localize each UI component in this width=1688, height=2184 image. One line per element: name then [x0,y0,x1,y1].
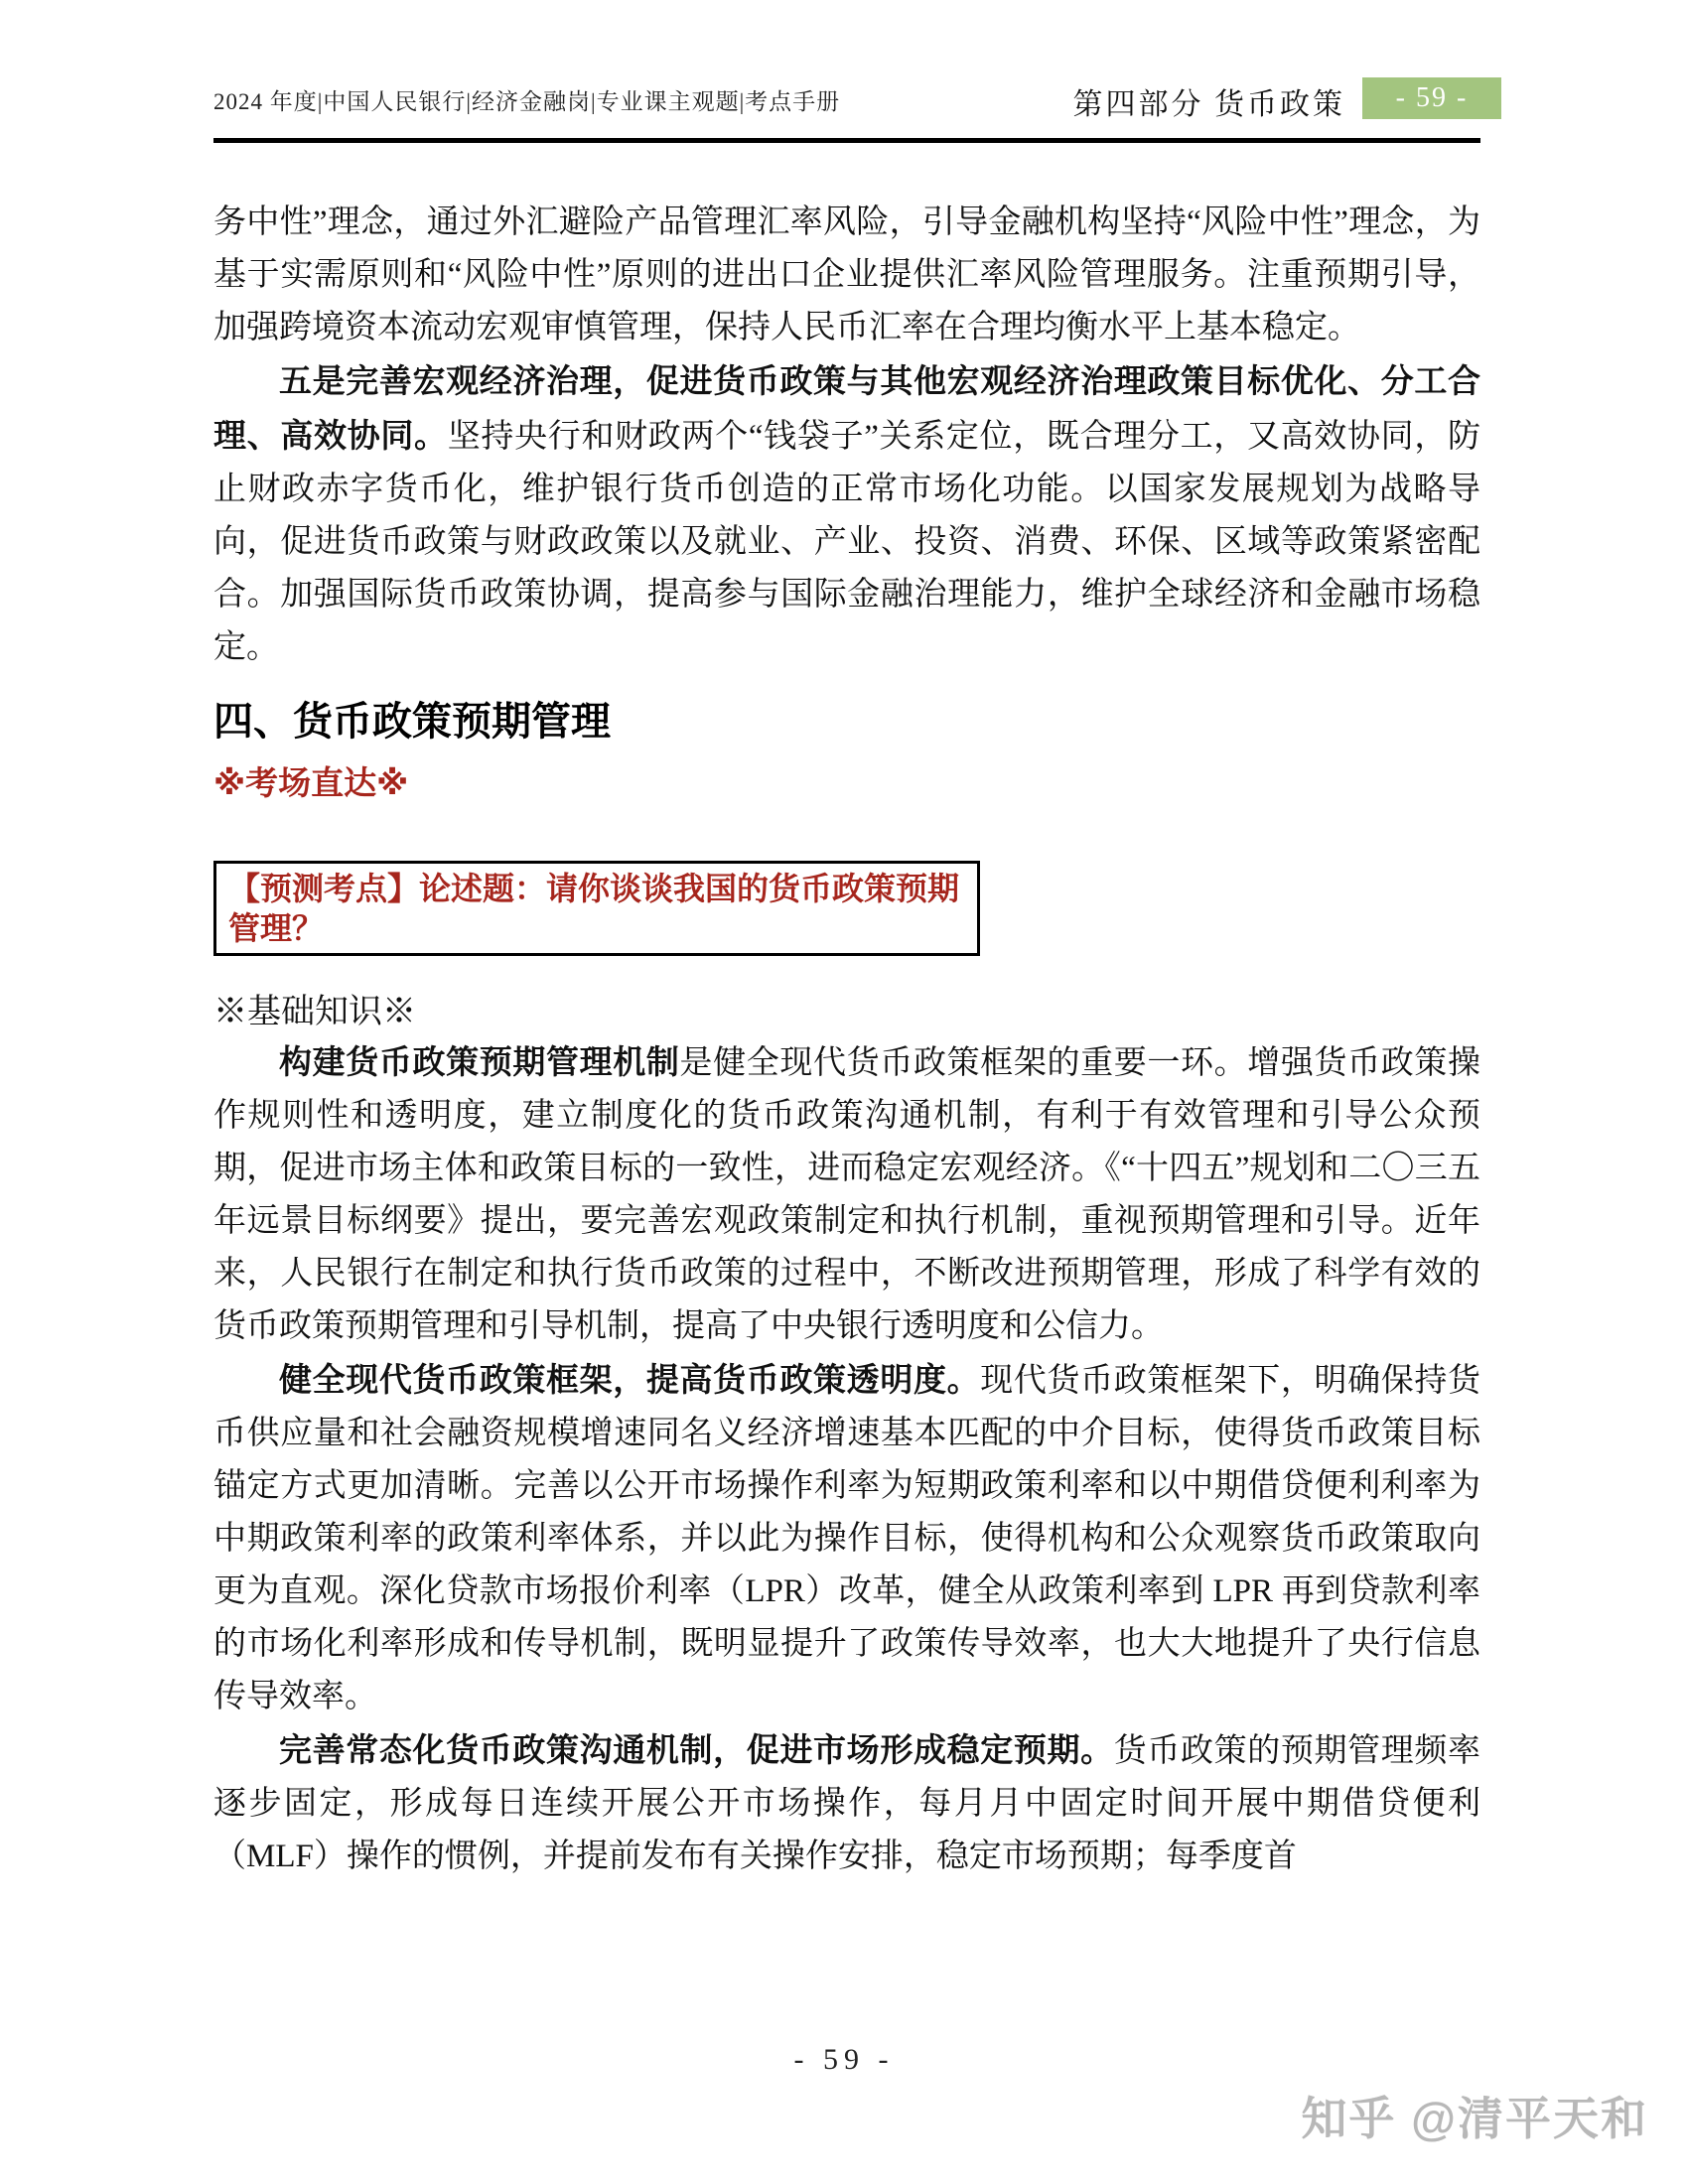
paragraph-lead: 健全现代货币政策框架，提高货币政策透明度。 [279,1361,980,1398]
paragraph-lead: 构建货币政策预期管理机制 [279,1043,680,1080]
paragraph: 构建货币政策预期管理机制是健全现代货币政策框架的重要一环。增强货币政策操作规则性… [213,1035,1480,1353]
header-rule [213,138,1480,143]
paragraph-text: 现代货币政策框架下，明确保持货币供应量和社会融资规模增速同名义经济增速基本匹配的… [213,1363,1480,1714]
header-booklet-title: 2024 年度|中国人民银行|经济金融岗|专业课主观题|考点手册 [213,83,840,116]
watermark: 知乎 @清平天和 [1301,2083,1648,2148]
footer-page-number: - 59 - [794,2043,895,2076]
document-body: 务中性”理念，通过外汇避险产品管理汇率风险，引导金融机构坚持“风险中性”理念，为… [213,197,1480,1883]
paragraph: 务中性”理念，通过外汇避险产品管理汇率风险，引导金融机构坚持“风险中性”理念，为… [213,197,1480,354]
section-heading: 四、货币政策预期管理 [213,698,1480,746]
paragraph-text: 务中性”理念，通过外汇避险产品管理汇率风险，引导金融机构坚持“风险中性”理念，为… [213,205,1480,345]
exam-direct-label: ※考场直达※ [213,761,1480,805]
header-section-title: 第四部分 货币政策 [1073,79,1346,123]
paragraph: 五是完善宏观经济治理，促进货币政策与其他宏观经济治理政策目标优化、分工合理、高效… [213,354,1480,674]
paragraph: 健全现代货币政策框架，提高货币政策透明度。现代货币政策框架下，明确保持货币供应量… [213,1353,1480,1723]
prediction-box-lead: 【预测考点】 [228,871,419,906]
prediction-box: 【预测考点】论述题：请你谈谈我国的货币政策预期管理？ [213,861,980,956]
page-footer: - 59 - [0,2043,1688,2077]
paragraph-text: 坚持央行和财政两个“钱袋子”关系定位，既合理分工，又高效协同，防止财政赤字货币化… [213,419,1480,665]
basic-knowledge-label: ※基础知识※ [213,990,1480,1035]
paragraph-text: 是健全现代货币政策框架的重要一环。增强货币政策操作规则性和透明度，建立制度化的货… [213,1045,1480,1344]
paragraph: 完善常态化货币政策沟通机制，促进市场形成稳定预期。货币政策的预期管理频率逐步固定… [213,1723,1480,1883]
header-page-badge: - 59 - [1362,77,1501,119]
page: 2024 年度|中国人民银行|经济金融岗|专业课主观题|考点手册 第四部分 货币… [0,0,1688,2184]
paragraph-lead: 完善常态化货币政策沟通机制，促进市场形成稳定预期。 [279,1731,1114,1768]
